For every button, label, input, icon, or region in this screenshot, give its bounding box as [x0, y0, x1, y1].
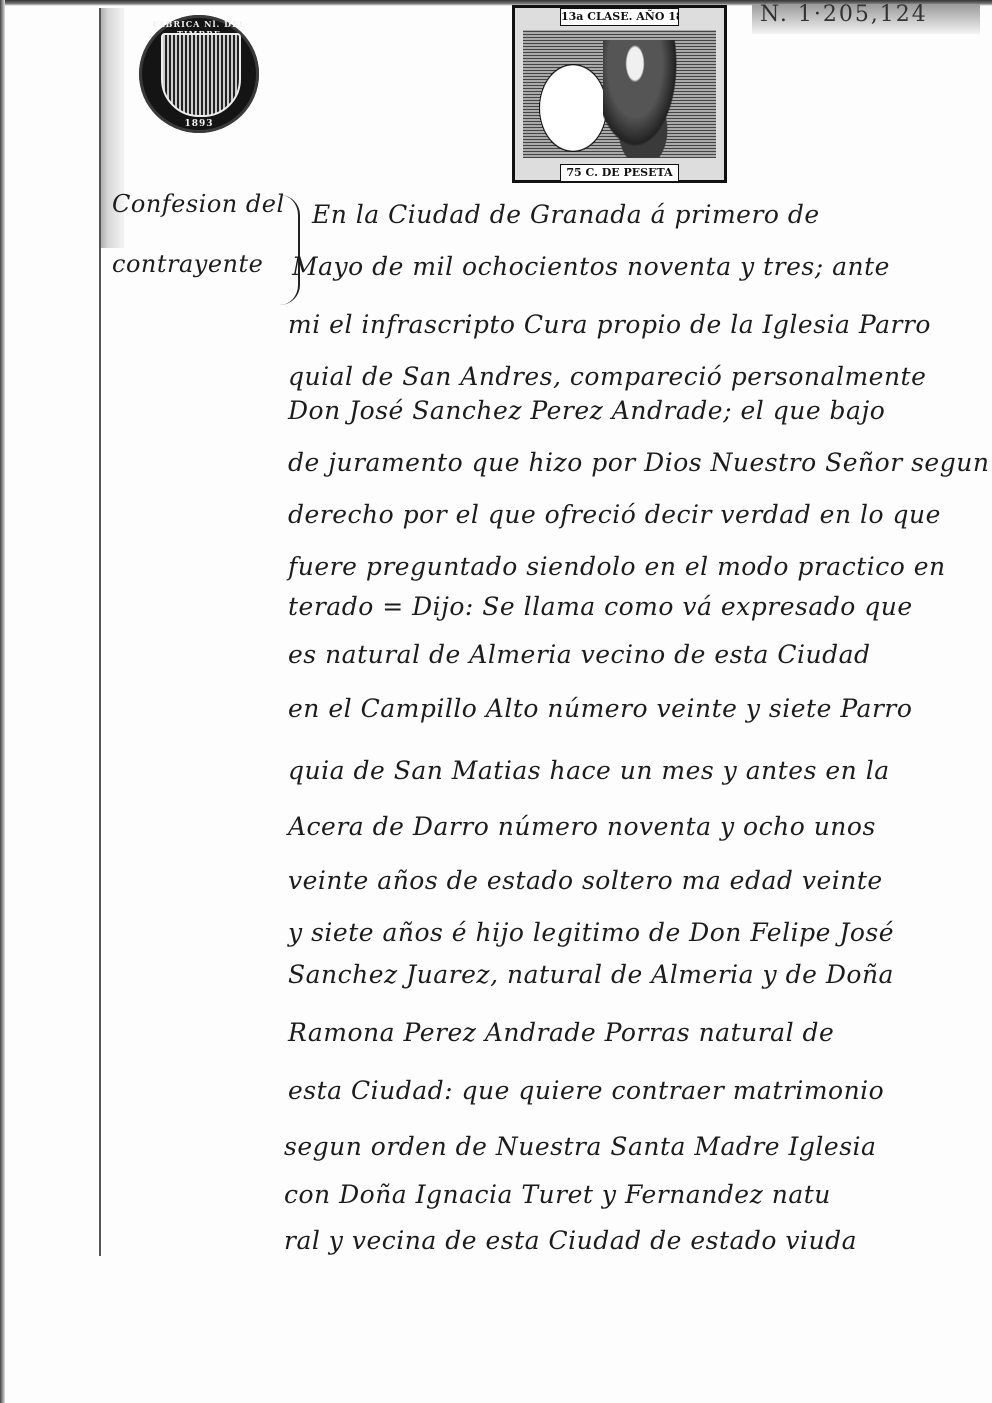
body-line: quial de San Andres, compareció personal… [288, 362, 926, 392]
scan-left-edge [0, 0, 5, 1403]
margin-brace [280, 195, 300, 305]
stamp-value-label: 75 C. DE PESETA [560, 164, 679, 182]
seal-year: 1893 [139, 119, 259, 129]
body-line: Sanchez Juarez, natural de Almeria y de … [288, 960, 894, 990]
document-page: FABRICA Nl. DEL TIMBRE 1893 13a CLASE. A… [0, 0, 992, 1403]
body-line: Don José Sanchez Perez Andrade; el que b… [288, 396, 885, 426]
serial-number: N. 1·205,124 [752, 4, 980, 34]
margin-note-line: contrayente [112, 250, 263, 278]
margin-rule [99, 8, 101, 1256]
body-line: Ramona Perez Andrade Porras natural de [288, 1018, 834, 1048]
body-line: es natural de Almeria vecino de esta Ciu… [288, 640, 871, 670]
body-line: Mayo de mil ochocientos noventa y tres; … [292, 252, 890, 282]
margin-note-line: Confesion del [112, 190, 285, 218]
body-line: quia de San Matias hace un mes y antes e… [288, 756, 890, 786]
body-line: veinte años de estado soltero ma edad ve… [288, 866, 883, 896]
body-line: mi el infrascripto Cura propio de la Igl… [288, 310, 931, 340]
revenue-stamp: 13a CLASE. AÑO 1893 75 C. DE PESETA [512, 5, 727, 183]
body-line: con Doña Ignacia Turet y Fernandez natu [284, 1180, 831, 1210]
body-line: fuere preguntado siendolo en el modo pra… [288, 552, 946, 582]
stamp-class-label: 13a CLASE. AÑO 1893 [560, 8, 679, 26]
body-line: ral y vecina de esta Ciudad de estado vi… [284, 1226, 857, 1256]
seated-woman-figure-icon [603, 40, 683, 158]
body-line: segun orden de Nuestra Santa Madre Igles… [284, 1132, 876, 1162]
body-line: En la Ciudad de Granada á primero de [312, 200, 820, 230]
body-line: terado = Dijo: Se llama como vá expresad… [288, 592, 913, 622]
embossed-seal-icon: FABRICA Nl. DEL TIMBRE 1893 [139, 15, 259, 133]
body-line: Acera de Darro número noventa y ocho uno… [288, 812, 876, 842]
coat-of-arms-icon [161, 33, 241, 117]
body-line: derecho por el que ofreció decir verdad … [288, 500, 941, 530]
body-line: esta Ciudad: que quiere contraer matrimo… [288, 1076, 884, 1106]
body-line: en el Campillo Alto número veinte y siet… [288, 694, 912, 724]
body-line: y siete años é hijo legitimo de Don Feli… [288, 918, 894, 948]
body-line: de juramento que hizo por Dios Nuestro S… [288, 448, 989, 478]
